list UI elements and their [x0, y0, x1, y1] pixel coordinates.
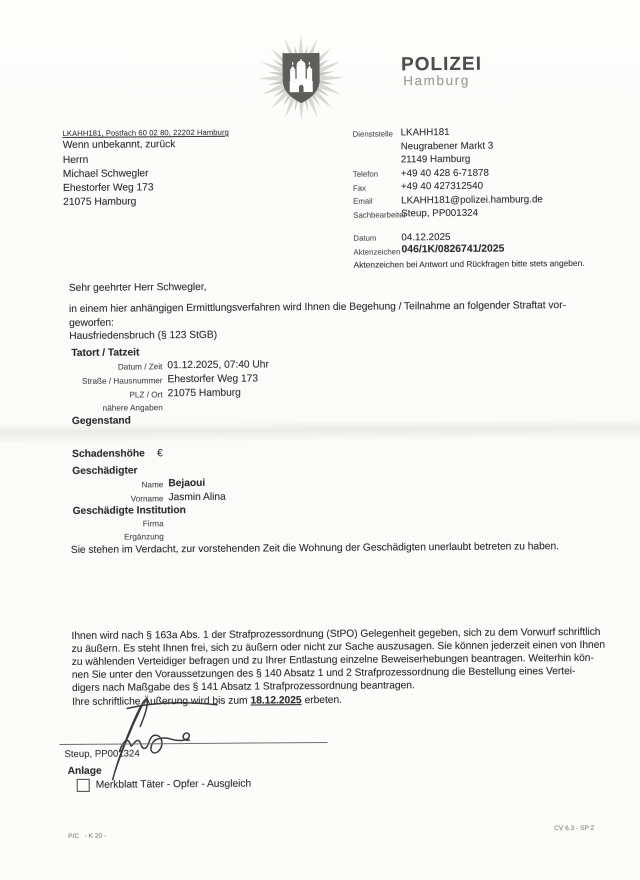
value-plz-ort: 21075 Hamburg: [168, 388, 241, 400]
recipient-street: Ehestorfer Weg 173: [63, 182, 154, 194]
verdacht-sentence: Sie stehen im Verdacht, zur vorstehenden…: [71, 541, 559, 556]
signer-name: Steup, PP001324: [64, 748, 139, 760]
heading-anlage: Anlage: [68, 765, 102, 776]
intro-line1: in einem hier anhängigen Ermittlungsverf…: [69, 300, 566, 315]
label-name: Name: [61, 480, 163, 490]
value-dienststelle-street: Neugrabener Markt 3: [401, 140, 494, 152]
label-ergaenzung: Ergänzung: [62, 532, 164, 542]
scan-shadow-band: [0, 418, 640, 443]
value-vorname: Jasmin Alina: [168, 491, 225, 502]
police-star-badge-icon: [255, 32, 348, 125]
value-name: Bejaoui: [168, 478, 205, 489]
footer-right-code: CV 6.3 - SP 2: [554, 825, 594, 832]
label-datum: Datum: [353, 234, 376, 243]
offense: Hausfriedensbruch (§ 123 StGB): [69, 330, 217, 342]
currency-symbol: €: [157, 448, 163, 459]
deadline-date: 18.12.2025: [250, 695, 301, 706]
value-dienststelle-city: 21149 Hamburg: [401, 154, 471, 166]
heading-geschaedigter: Geschädigter: [72, 465, 137, 477]
label-datum-zeit: Datum / Zeit: [60, 362, 162, 372]
label-firma: Firma: [62, 519, 164, 529]
value-datum: 04.12.2025: [401, 231, 450, 242]
label-dienststelle: Dienststelle: [353, 129, 393, 138]
value-aktenzeichen: 046/1K/0826741/2025: [401, 244, 504, 256]
recipient-name: Michael Schwegler: [63, 168, 149, 180]
value-fax: +49 40 427312540: [401, 181, 483, 193]
scanned-letter: POLIZEI Hamburg LKAHH181, Postfach 60 02…: [0, 0, 640, 880]
label-vorname: Vorname: [61, 494, 163, 504]
label-plz-ort: PLZ / Ort: [61, 390, 163, 400]
label-fax: Fax: [353, 183, 366, 192]
anlage-checkbox: [77, 779, 90, 792]
label-aktenzeichen: Aktenzeichen: [353, 247, 400, 256]
heading-institution: Geschädigte Institution: [73, 505, 186, 517]
heading-tatort: Tatort / Tatzeit: [71, 347, 139, 359]
label-telefon: Telefon: [353, 170, 378, 179]
label-naehere-angaben: nähere Angaben: [61, 403, 163, 413]
label-email: Email: [353, 197, 373, 206]
value-sachbearbeiter: Steup, PP001324: [401, 208, 478, 220]
return-note: Wenn unbekannt, zurück: [63, 139, 176, 151]
value-dienststelle: LKAHH181: [401, 127, 450, 138]
recipient-salutation-line: Herrn: [63, 155, 89, 166]
label-sachbearbeiter: Sachbearbeiter: [353, 210, 406, 219]
sender-return-line: LKAHH181, Postfach 60 02 80, 22202 Hambu…: [63, 128, 229, 138]
heading-schadenshoehe: Schadenshöhe: [72, 448, 145, 460]
value-email: LKAHH181@polizei.hamburg.de: [401, 194, 543, 206]
handwritten-signature-icon: [97, 691, 233, 792]
recipient-city: 21075 Hamburg: [63, 196, 136, 208]
brand-city: Hamburg: [403, 73, 470, 89]
anlage-item-label: Merkblatt Täter - Opfer - Ausgleich: [96, 779, 252, 791]
deadline-suffix: erbeten.: [304, 694, 341, 705]
footer-left-code: P/C - K 20 -: [68, 833, 106, 840]
aktenzeichen-note: Aktenzeichen bei Antwort und Rückfragen …: [354, 258, 585, 270]
value-datum-zeit: 01.12.2025, 07:40 Uhr: [167, 359, 269, 371]
label-strasse: Straße / Hausnummer: [60, 376, 162, 386]
value-telefon: +49 40 428 6-71878: [401, 167, 489, 179]
rights-line: nen Sie unter den Voraussetzungen des § …: [72, 666, 576, 681]
salutation: Sehr geehrter Herr Schwegler,: [69, 282, 207, 294]
value-strasse: Ehestorfer Weg 173: [167, 373, 258, 385]
intro-line2: geworfen:: [69, 317, 114, 328]
